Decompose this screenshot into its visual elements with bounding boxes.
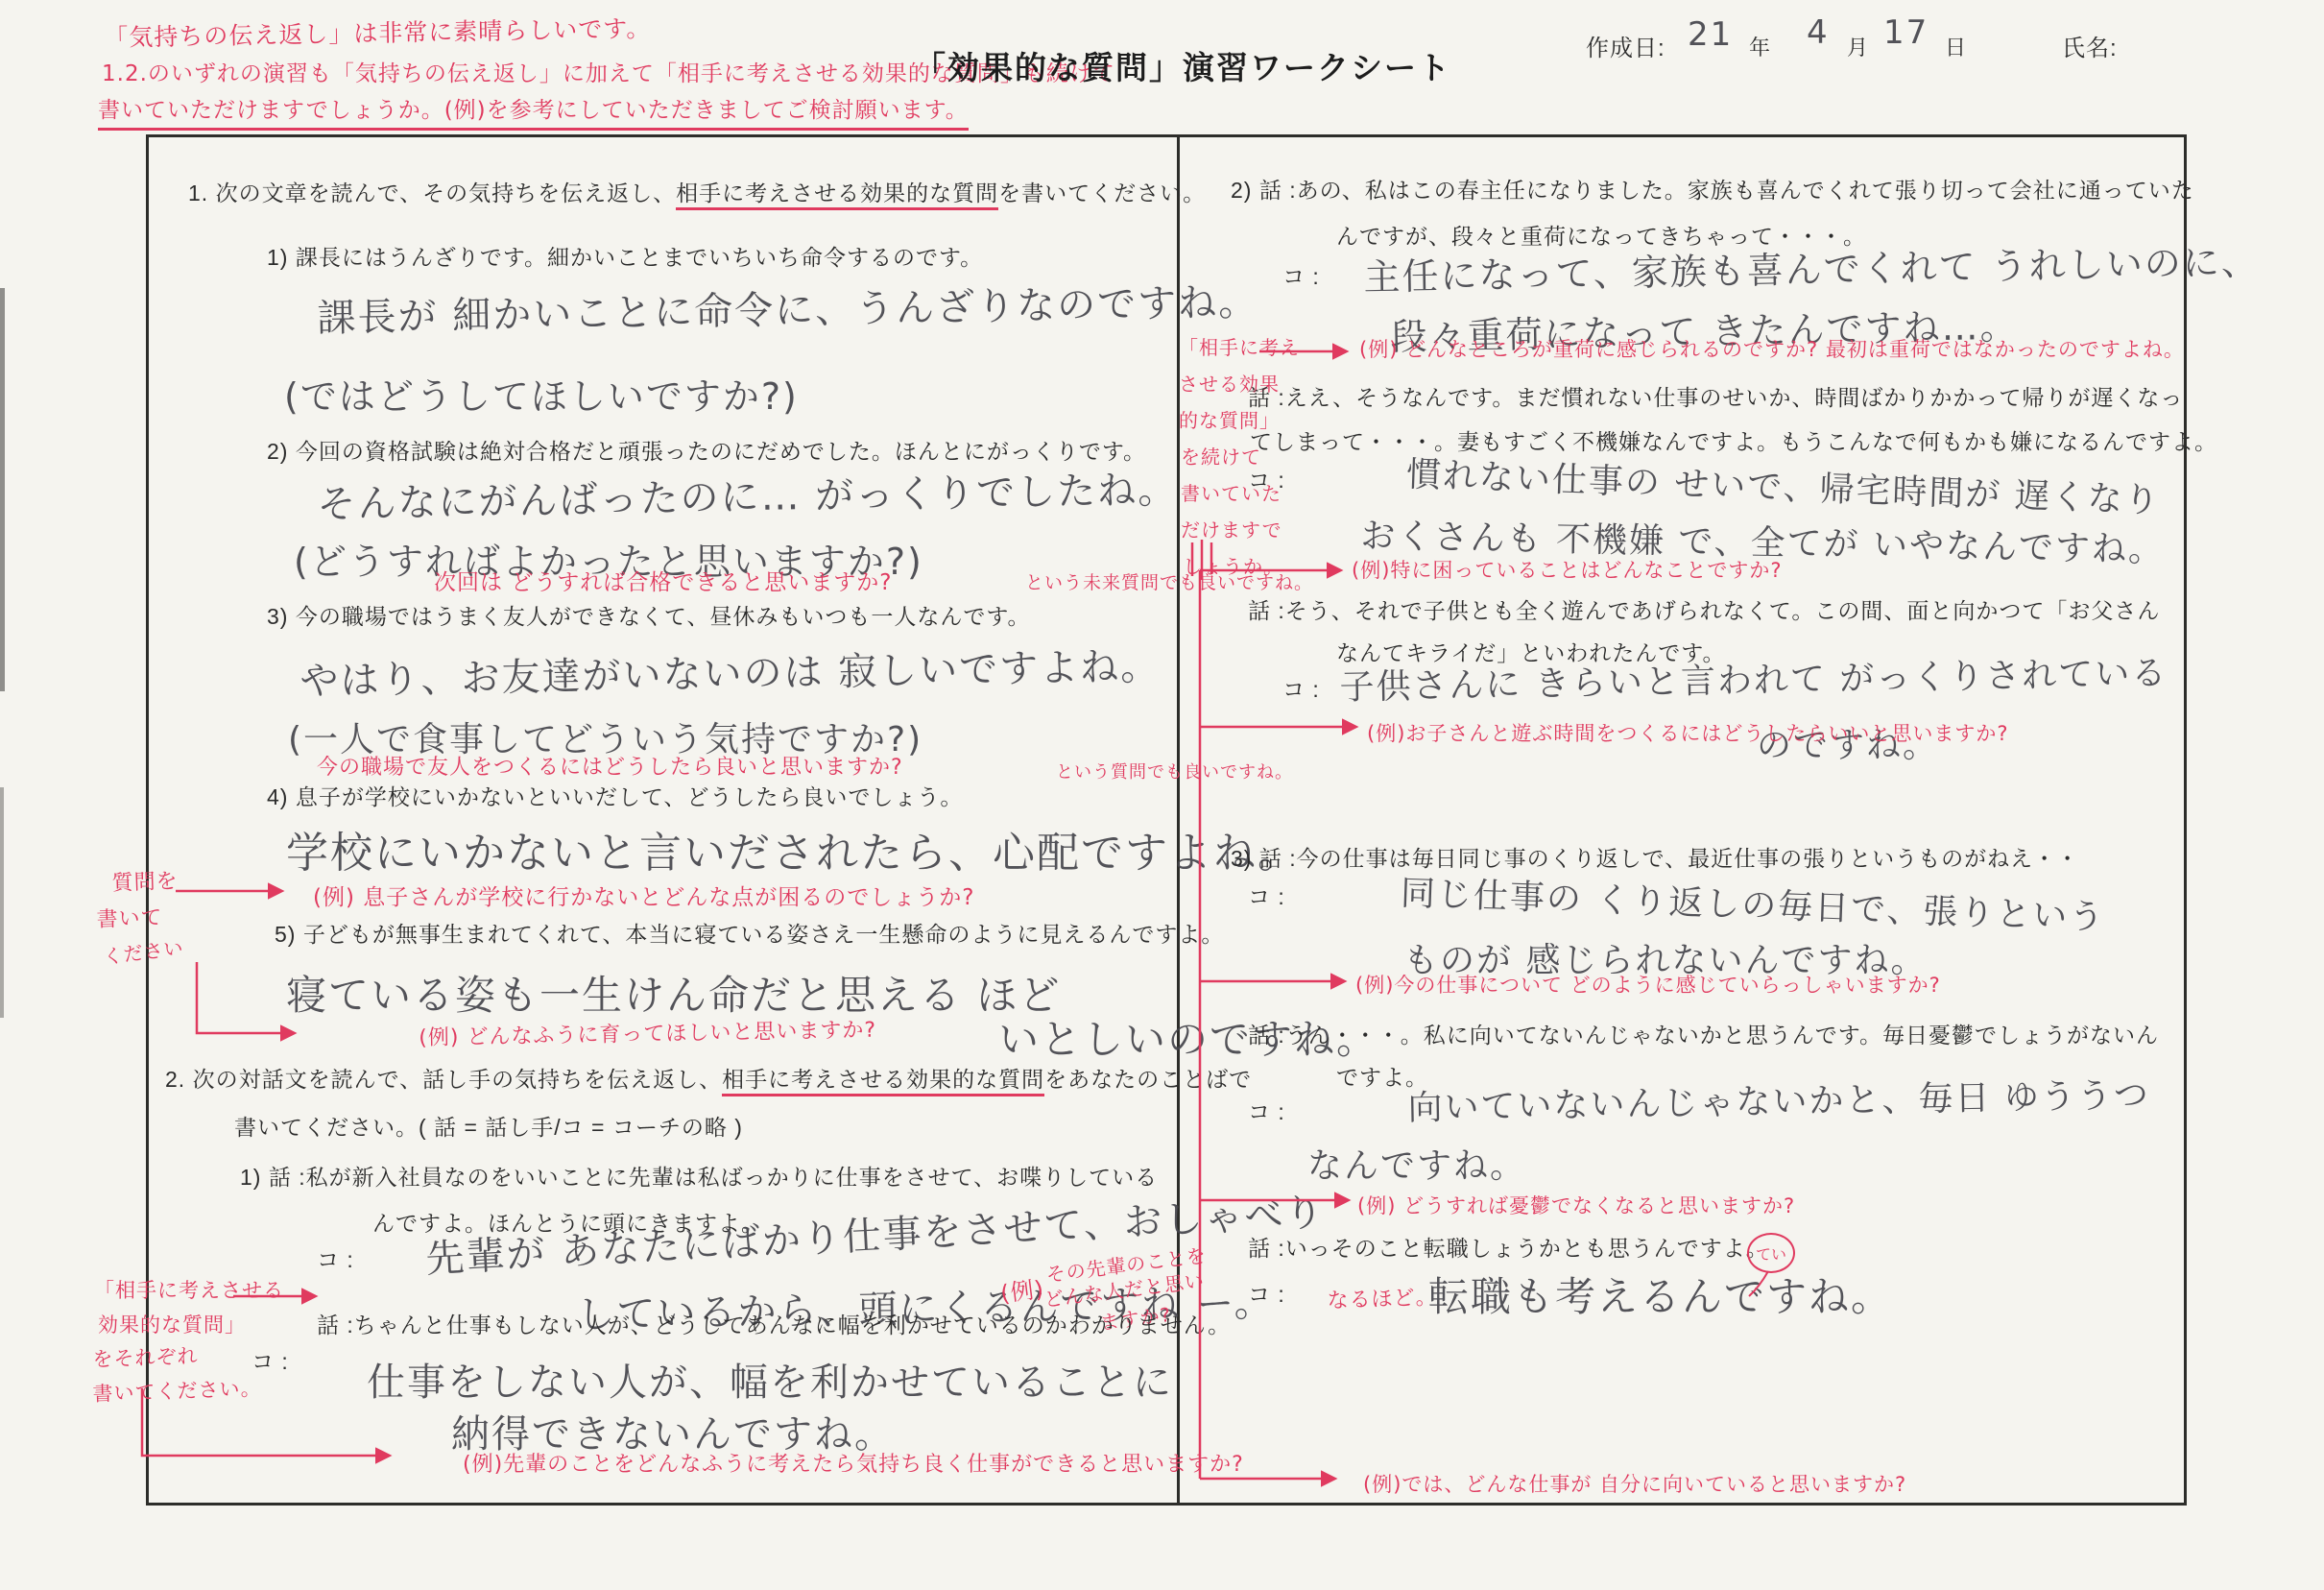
q1-margin-note-line-2: 書いて — [96, 902, 163, 933]
day-unit-label: 日 — [1945, 32, 1967, 61]
d3-coach-label-1: コ : — [1248, 879, 1285, 911]
scanner-edge-mark — [0, 787, 4, 1018]
month-unit-label: 月 — [1847, 32, 1869, 61]
right-margin-note-line-7: しょうか。 — [1183, 551, 1283, 579]
d3-red-insertion-balloon: てい — [1747, 1233, 1795, 1273]
q1-margin-note-line-1: 質問を — [111, 865, 179, 897]
q2-heading-line-2: 書いてください。( 話 = 話し手/コ = コーチの略 ) — [234, 1110, 743, 1142]
d3-red-naruhodo-note: なるほど。 — [1327, 1281, 1438, 1314]
d1-red-example-mark: (例) — [998, 1269, 1046, 1308]
q1-item4-answer-line-1: 学校にいかないと言いだされたら、心配ですよね。 — [286, 818, 1302, 879]
d3-coach-answer-3: 転職も考えるんですね。 — [1428, 1265, 1893, 1323]
d2-red-note-2: (例)特に困っていることはどんなことですか? — [1352, 555, 1783, 584]
d2-red-note-1: (例) どんなところが重荷に感じられるのですか? 最初は重荷ではなかったのですよ… — [1359, 334, 2185, 363]
scanner-edge-mark — [0, 288, 5, 691]
year-unit-label: 年 — [1749, 32, 1771, 61]
d2-speaker-line-4: てしまって・・・。妻もすごく不機嫌なんですよ。もうこんなで何もかも嫌になるんです… — [1250, 424, 2217, 456]
q2-margin-note-line-1: 「相手に考えさせる — [94, 1275, 284, 1304]
created-date-month-value: 4 — [1807, 13, 1830, 52]
right-margin-note-line-6: だけますで — [1181, 515, 1282, 542]
name-label: 氏名: — [2062, 29, 2118, 62]
d2-coach-label-2: コ : — [1248, 463, 1285, 494]
d1-speaker-line-3: 話 :ちゃんと仕事もしない人が、どうしてあんなに幅を利かせているのかわかりません… — [317, 1308, 1231, 1339]
page-title: 「効果的な質問」演習ワークシート — [914, 43, 1451, 88]
q1-item3-red-note-2: という質問でも良いですね。 — [1056, 759, 1293, 783]
scanned-worksheet-page: 「気持ちの伝え返し」は非常に素晴らしいです。 1.2.のいずれの演習も「気持ちの… — [0, 0, 2324, 1590]
q2-heading-pre: 2. 次の対話文を読んで、話し手の気持ちを伝え返し、 — [165, 1067, 722, 1092]
right-margin-note-line-1: 「相手に考え — [1179, 332, 1300, 360]
d3-speaker-line-2: 話 :うん・・・。私に向いてないんじゃないかと思うんです。毎日憂鬱でしょうがない… — [1248, 1018, 2159, 1049]
q2-heading-post: をあなたのことばで — [1044, 1067, 1252, 1092]
q1-item2-prompt: 2) 今回の資格試験は絶対合格だと頑張ったのにだめでした。ほんとにがっくりです。 — [267, 434, 1146, 466]
q1-item5-prompt: 5) 子どもが無事生まれてくれて、本当に寝ている姿さえ一生懸命のように見えるんで… — [275, 917, 1224, 949]
d3-red-note-2: (例) どうすれば憂鬱でなくなると思いますか? — [1357, 1191, 1795, 1219]
d1-red-bottom-note: (例)先輩のことをどんなふうに考えたら気持ち良く仕事ができると思いますか? — [463, 1448, 1244, 1478]
d2-speaker-line-3: 話 :ええ、そうなんです。まだ慣れない仕事のせいか、時間ばかりかかって帰りが遅く… — [1248, 380, 2183, 412]
d2-red-note-3: (例)お子さんと遊ぶ時間をつくるにはどうしたらいいと思いますか? — [1367, 718, 2009, 747]
d2-coach-label-3: コ : — [1282, 672, 1320, 704]
d3-red-note-3: (例)では、どんな仕事が 自分に向いていると思いますか? — [1363, 1469, 1906, 1498]
q2-margin-note-line-2: 効果的な質問」 — [98, 1310, 246, 1338]
reviewer-note-line-3: 書いていただけますでしょうか。(例)を参考にしていただきましてご検討願います。 — [98, 92, 969, 131]
created-date-label: 作成日: — [1586, 29, 1665, 62]
q1-item4-prompt: 4) 息子が学校にいかないといいだして、どうしたら良いでしょう。 — [267, 780, 963, 811]
d3-red-insertion-text: てい — [1756, 1242, 1786, 1265]
d3-speaker-line-4: 話 :いっそのこと転職しょうかとも思うんですよ。 — [1248, 1231, 1769, 1263]
reviewer-note-line-1: 「気持ちの伝え返し」は非常に素晴らしいです。 — [104, 10, 652, 54]
d3-speaker-line-1: 3) 話 :今の仕事は毎日同じ事のくり返しで、最近仕事の張りというものがねえ・・ — [1231, 841, 2079, 873]
q1-heading-pre: 1. 次の文章を読んで、その気持ちを伝え返し、 — [188, 181, 676, 205]
q2-heading-underlined: 相手に考えさせる効果的な質問 — [722, 1067, 1044, 1096]
d2-speaker-line-1: 2) 話 :あの、私はこの春主任になりました。家族も喜んでくれて張り切って会社に… — [1231, 173, 2194, 205]
d3-red-note-1: (例)今の仕事について どのように感じていらっしゃいますか? — [1355, 970, 1941, 999]
d2-speaker-line-5: 話 :そう、それで子供とも全く遊んであげられなくて。この間、面と向かつて「お父さ… — [1248, 593, 2160, 625]
d3-coach-label-3: コ : — [1248, 1277, 1285, 1309]
q1-item4-red-note: (例) 息子さんが学校に行かないとどんな点が困るのでしょうか? — [313, 879, 974, 911]
created-date-year-value: 21 — [1688, 15, 1733, 54]
q1-item3-prompt: 3) 今の職場ではうまく友人ができなくて、昼休みもいつも一人なんです。 — [267, 599, 1031, 631]
d3-coach-answer-2b: なんですね。 — [1307, 1139, 1526, 1188]
q1-item2-red-note-1: 次回は どうすれば合格できると思いますか? — [434, 565, 893, 596]
d1-coach-label-2: コ : — [252, 1344, 289, 1376]
d1-coach-answer-2a: 仕事をしない人が、幅を利かせていることに — [367, 1352, 1173, 1407]
q2-margin-note-line-3: をそれぞれ — [92, 1340, 199, 1373]
d2-coach-label-1: コ : — [1282, 259, 1320, 291]
q2-margin-note-line-4: 書いてください。 — [92, 1373, 262, 1408]
q1-item1-prompt: 1) 課長にはうんざりです。細かいことまでいちいち命令するのです。 — [267, 240, 983, 272]
q1-item5-answer-line-1: 寝ている姿も一生けん命だと思える ほど — [286, 964, 1061, 1022]
q1-heading-post: を書いてください。 — [998, 181, 1206, 205]
d1-coach-label-1: コ : — [317, 1242, 354, 1274]
q1-item3-red-note-1: 今の職場で友人をつくるにはどうしたら良いと思いますか? — [317, 751, 903, 781]
q1-heading-underlined: 相手に考えさせる効果的な質問 — [676, 181, 998, 210]
created-date-day-value: 17 — [1883, 13, 1929, 52]
q2-heading-line-1: 2. 次の対話文を読んで、話し手の気持ちを伝え返し、相手に考えさせる効果的な質問… — [165, 1062, 1252, 1094]
d3-coach-label-2: コ : — [1248, 1095, 1285, 1126]
d1-speaker-line-1: 1) 話 :私が新入社員なのをいいことに先輩は私ばっかりに仕事をさせて、お喋りし… — [240, 1160, 1158, 1192]
q1-item1-answer-line-2: (ではどうしてほしいですか?) — [284, 367, 799, 420]
q1-heading: 1. 次の文章を読んで、その気持ちを伝え返し、相手に考えさせる効果的な質問を書い… — [188, 176, 1206, 207]
